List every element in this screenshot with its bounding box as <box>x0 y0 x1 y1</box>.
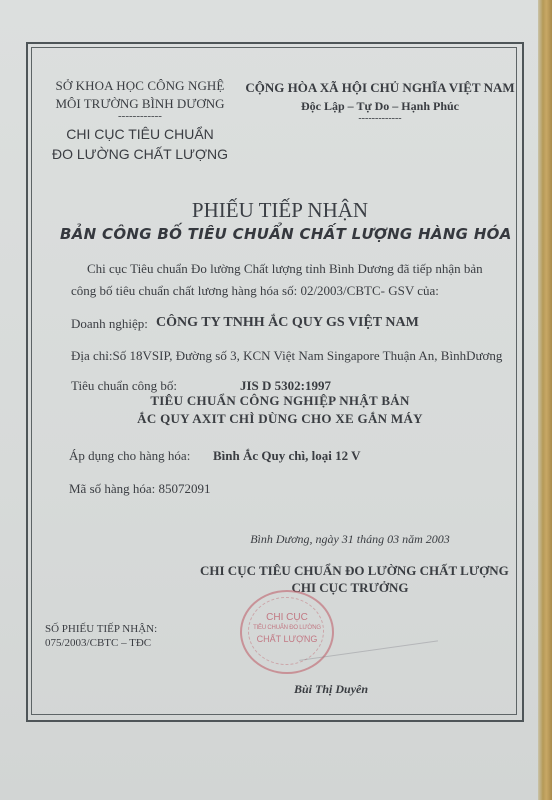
stamp-line-2: TIÊU CHUẨN ĐO LƯỜNG <box>242 625 332 631</box>
standard-code: JIS D 5302:1997 <box>240 378 331 394</box>
enterprise-label: Doanh nghiệp: <box>71 316 148 332</box>
stamp-line-1: CHI CỤC <box>242 612 332 623</box>
standard-name-line-1: TIÊU CHUẨN CÔNG NGHIỆP NHẬT BẢN <box>150 393 410 409</box>
date-line: Bình Dương, ngày 31 tháng 03 năm 2003 <box>200 532 500 547</box>
ministry-line-1: SỞ KHOA HỌC CÔNG NGHỆ <box>40 78 240 94</box>
enterprise-value: CÔNG TY TNHH ẮC QUY GS VIỆT NAM <box>156 315 419 331</box>
stamp-inner-ring <box>248 597 324 665</box>
intro-line-1: Chi cục Tiêu chuẩn Đo lường Chất lượng t… <box>87 261 483 277</box>
applies-label: Áp dụng cho hàng hóa: <box>69 448 190 464</box>
signer-role: CHI CỤC TRƯỞNG <box>200 580 500 596</box>
standard-name-line-2: ẮC QUY AXIT CHÌ DÙNG CHO XE GẮN MÁY <box>120 411 440 427</box>
document-title: PHIẾU TIẾP NHẬN <box>60 198 500 223</box>
stamp-line-3: CHẤT LƯỢNG <box>242 634 332 644</box>
signing-organization: CHI CỤC TIÊU CHUẨN ĐO LƯỜNG CHẤT LƯỢNG <box>200 563 500 579</box>
intro-line-2: công bố tiêu chuẩn chất lương hàng hóa s… <box>71 283 439 299</box>
header-left-separator: ------------ <box>40 110 240 122</box>
header-right-separator: ------------- <box>240 113 520 124</box>
signer-name: Bùi Thị Duyên <box>294 682 368 697</box>
applies-value: Bình Ắc Quy chì, loại 12 V <box>213 448 360 464</box>
country-name: CỘNG HÒA XÃ HỘI CHỦ NGHĨA VIỆT NAM <box>240 80 520 96</box>
agency-line-2: ĐO LƯỜNG CHẤT LƯỢNG <box>40 146 240 162</box>
standard-label: Tiêu chuẩn công bố: <box>71 378 177 394</box>
receipt-number-label: SỐ PHIẾU TIẾP NHẬN: <box>45 623 157 635</box>
product-code: Mã số hàng hóa: 85072091 <box>69 481 211 497</box>
wooden-frame-edge <box>538 0 552 800</box>
receipt-number-value: 075/2003/CBTC – TĐC <box>45 637 151 649</box>
address: Địa chỉ:Số 18VSIP, Đường số 3, KCN Việt … <box>71 348 502 364</box>
national-motto: Độc Lập – Tự Do – Hạnh Phúc <box>240 99 520 114</box>
document-subtitle: BẢN CÔNG BỐ TIÊU CHUẨN CHẤT LƯỢNG HÀNG H… <box>60 225 500 243</box>
agency-line-1: CHI CỤC TIÊU CHUẨN <box>40 126 240 142</box>
